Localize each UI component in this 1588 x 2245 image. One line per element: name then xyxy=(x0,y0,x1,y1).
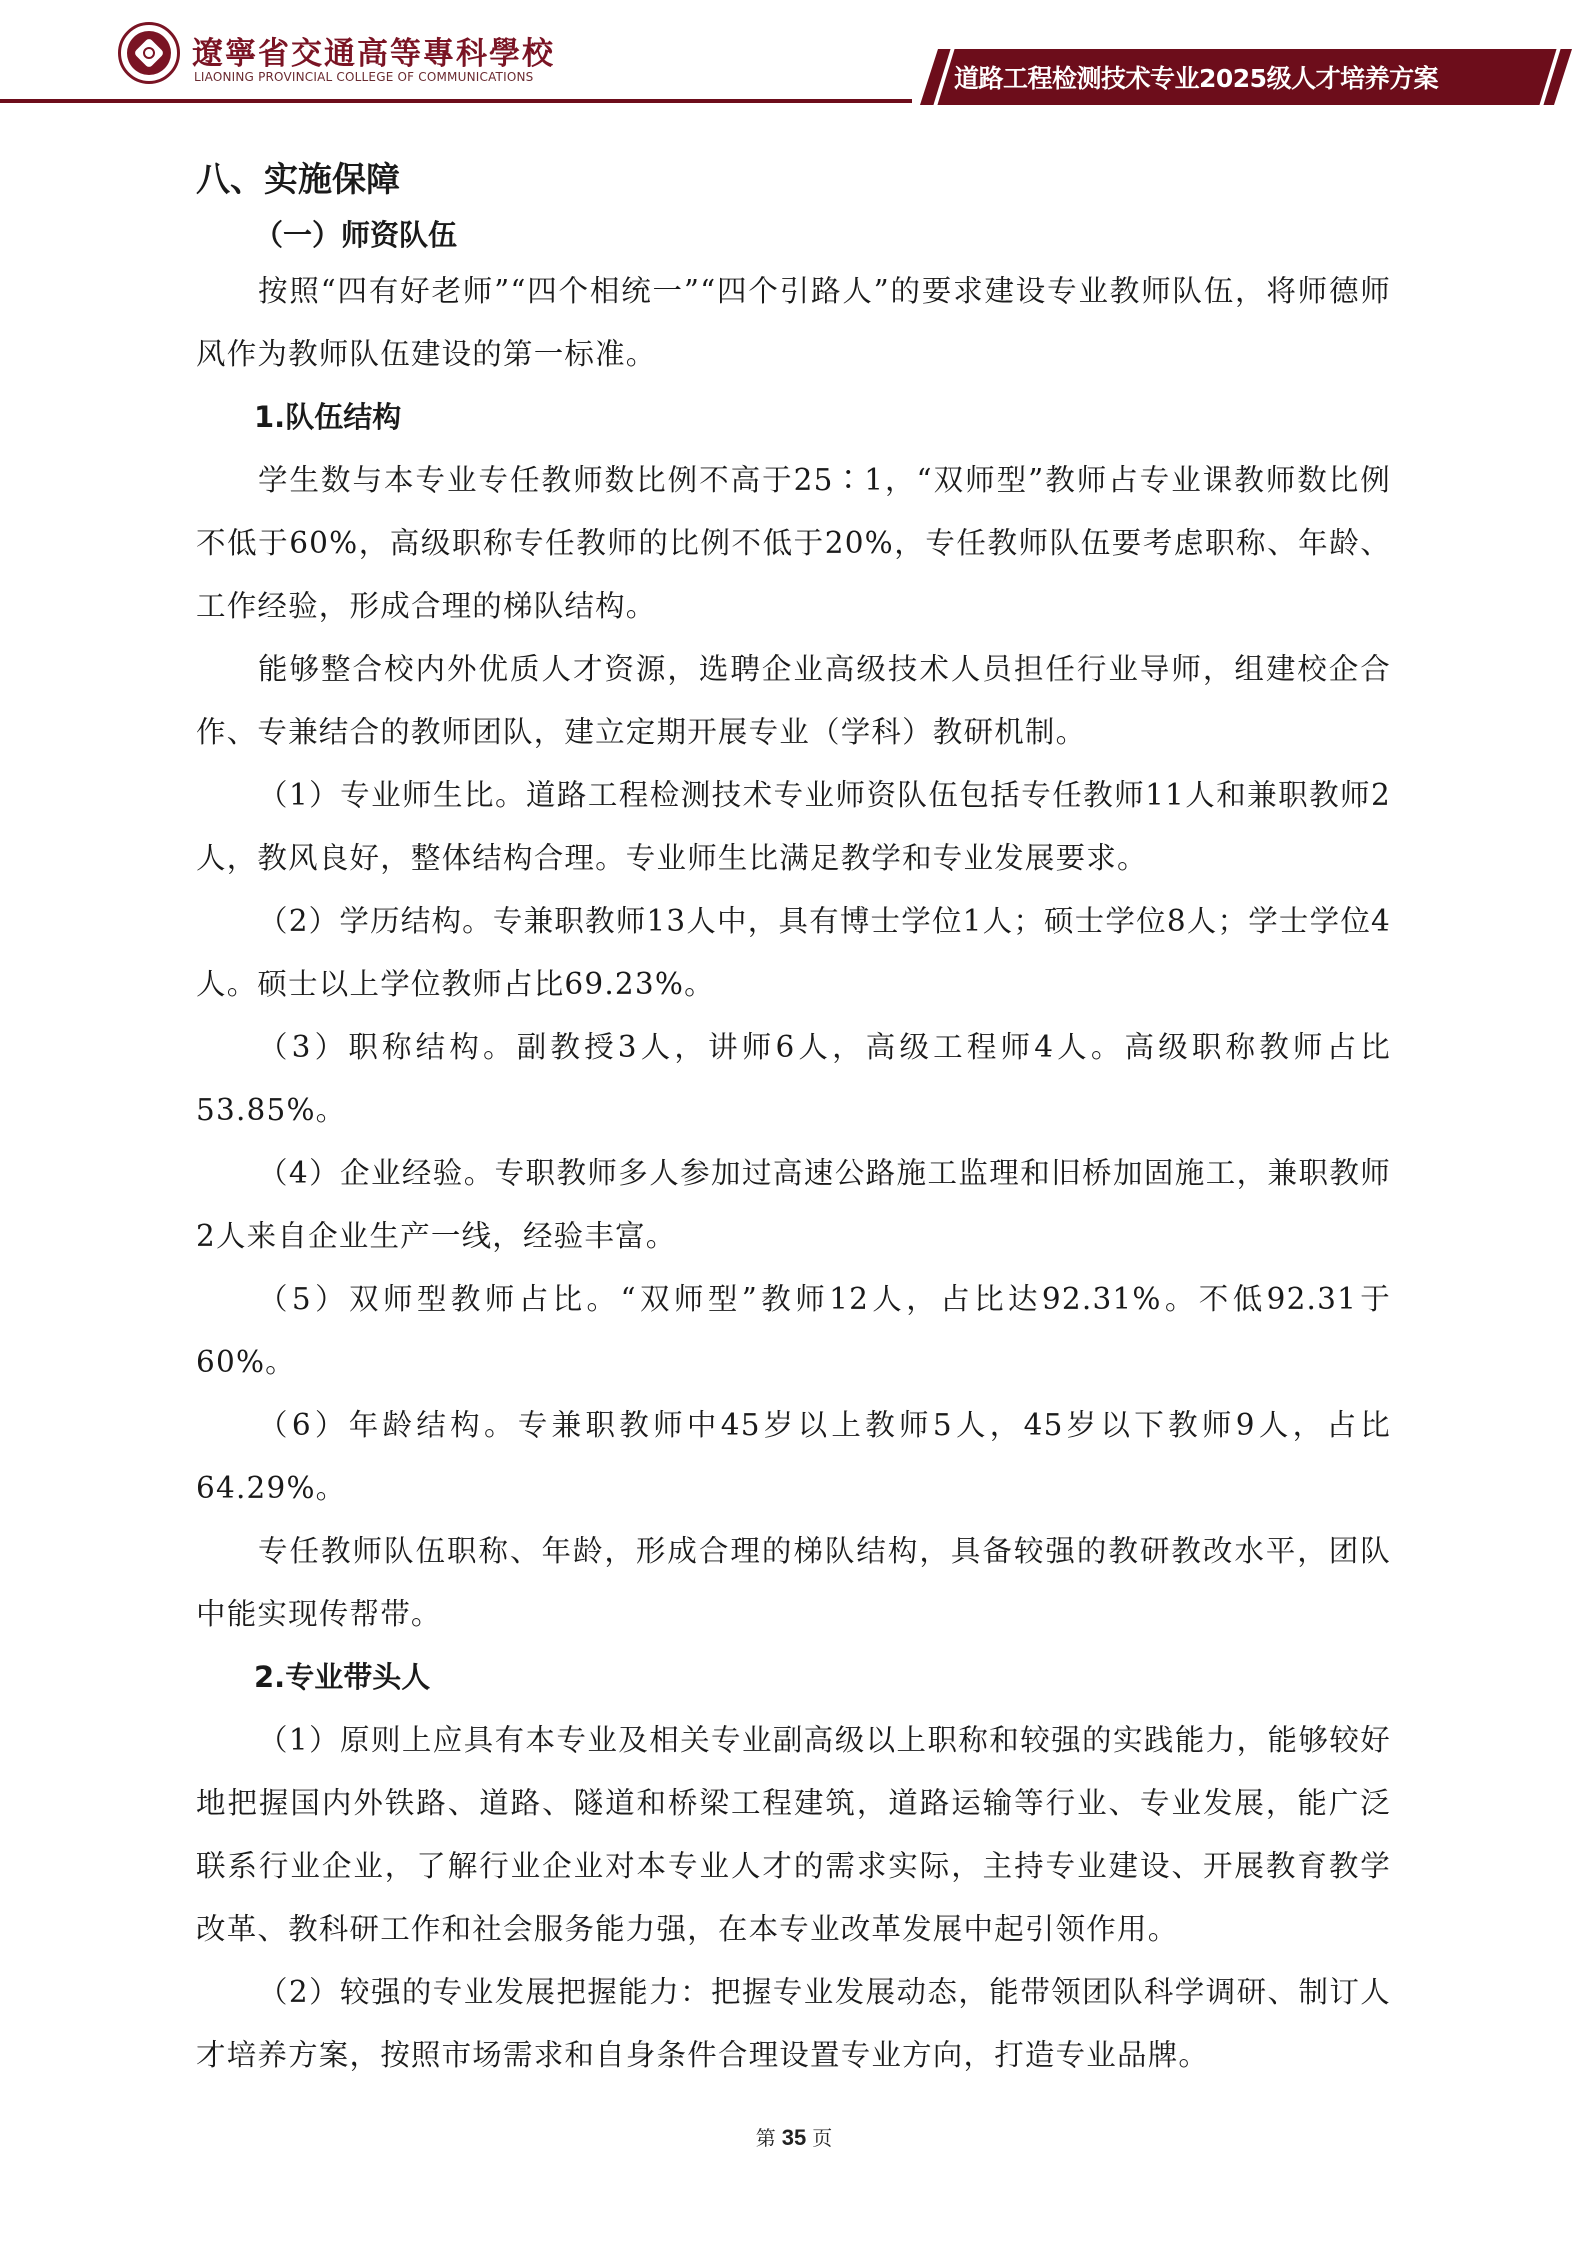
page-number: 35 xyxy=(782,2125,806,2150)
subsection-heading: （一）师资队伍 xyxy=(196,210,1391,260)
school-name-en: LIAONING PROVINCIAL COLLEGE OF COMMUNICA… xyxy=(194,70,533,84)
paragraph: （6）年龄结构。专兼职教师中45岁以上教师5人，45岁以下教师9人，占比64.2… xyxy=(196,1394,1391,1520)
part-heading-team-structure: 1.队伍结构 xyxy=(196,386,1391,449)
school-seal-icon xyxy=(118,22,180,84)
paragraph: （1）专业师生比。道路工程检测技术专业师资队伍包括专任教师11人和兼职教师2人，… xyxy=(196,764,1391,890)
paragraph: 学生数与本专业专任教师数比例不高于25∶1，“双师型”教师占专业课教师数比例不低… xyxy=(196,449,1391,638)
header-rule xyxy=(0,99,912,103)
paragraph: （5）双师型教师占比。“双师型”教师12人，占比达92.31%。不低92.31于… xyxy=(196,1268,1391,1394)
paragraph: 专任教师队伍职称、年龄，形成合理的梯队结构，具备较强的教研教改水平，团队中能实现… xyxy=(196,1520,1391,1646)
paragraph: 能够整合校内外优质人才资源，选聘企业高级技术人员担任行业导师，组建校企合作、专兼… xyxy=(196,638,1391,764)
section-heading: 八、实施保障 xyxy=(196,150,1391,210)
school-name-cn: 遼寧省交通高等專科學校 xyxy=(192,28,555,73)
document-title-banner: 道路工程检测技术专业2025级人才培养方案 xyxy=(920,49,1572,105)
intro-paragraph: 按照“四有好老师”“四个相统一”“四个引路人”的要求建设专业教师队伍，将师德师风… xyxy=(196,260,1391,386)
page-prefix: 第 xyxy=(756,2126,776,2150)
paragraph: （4）企业经验。专职教师多人参加过高速公路施工监理和旧桥加固施工，兼职教师2人来… xyxy=(196,1142,1391,1268)
page-body: 八、实施保障 （一）师资队伍 按照“四有好老师”“四个相统一”“四个引路人”的要… xyxy=(196,150,1391,2087)
paragraph: （2）较强的专业发展把握能力：把握专业发展动态，能带领团队科学调研、制订人才培养… xyxy=(196,1961,1391,2087)
document-title: 道路工程检测技术专业2025级人才培养方案 xyxy=(954,59,1438,95)
paragraph: （2）学历结构。专兼职教师13人中，具有博士学位1人；硕士学位8人；学士学位4人… xyxy=(196,890,1391,1016)
part-heading-program-leader: 2.专业带头人 xyxy=(196,1646,1391,1709)
paragraph: （1）原则上应具有本专业及相关专业副高级以上职称和较强的实践能力，能够较好地把握… xyxy=(196,1709,1391,1961)
paragraph: （3）职称结构。副教授3人，讲师6人，高级工程师4人。高级职称教师占比53.85… xyxy=(196,1016,1391,1142)
page-suffix: 页 xyxy=(812,2126,832,2150)
page-footer: 第35页 xyxy=(0,2122,1588,2151)
page-header: 遼寧省交通高等專科學校 LIAONING PROVINCIAL COLLEGE … xyxy=(0,0,1588,115)
